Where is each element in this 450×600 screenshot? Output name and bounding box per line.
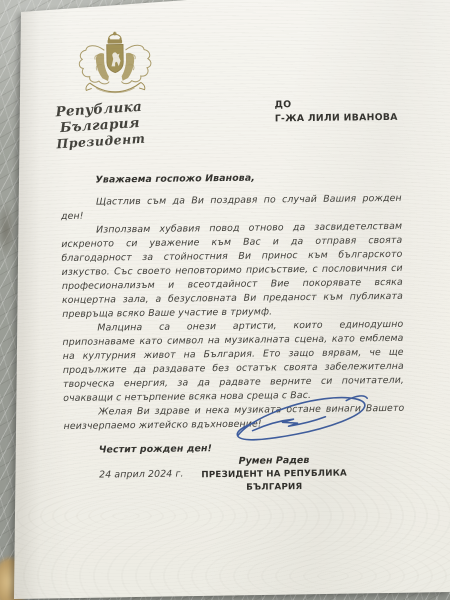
letterhead: Република България Президент <box>15 96 186 154</box>
crown-icon <box>107 32 122 44</box>
letter-content: Република България Президент ДО Г-ЖА ЛИЛ… <box>0 0 450 600</box>
recipient-name: Г-ЖА ЛИЛИ ИВАНОВА <box>275 110 398 125</box>
recipient-block: ДО Г-ЖА ЛИЛИ ИВАНОВА <box>275 97 398 126</box>
signatory-title: ПРЕЗИДЕНТ НА РЕПУБЛИКА БЪЛГАРИЯ <box>174 467 374 495</box>
letter-paragraph: Щастлив съм да Ви поздравя по случай Ваш… <box>61 192 402 224</box>
letter-paper: Република България Президент ДО Г-ЖА ЛИЛ… <box>0 0 450 600</box>
ribbon-icon <box>86 82 145 93</box>
letter-photo: Република България Президент ДО Г-ЖА ЛИЛ… <box>0 0 450 600</box>
bulgaria-coat-of-arms-icon <box>74 30 157 103</box>
salutation: Уважаема госпожо Иванова, <box>60 170 401 188</box>
signature-icon <box>230 389 373 455</box>
letter-paragraph: Използвам хубавия повод отново да засвид… <box>61 220 403 322</box>
paper-shadow-wrap: Република България Президент ДО Г-ЖА ЛИЛ… <box>0 0 450 600</box>
signatory-block: Румен Радев ПРЕЗИДЕНТ НА РЕПУБЛИКА БЪЛГА… <box>174 454 374 495</box>
